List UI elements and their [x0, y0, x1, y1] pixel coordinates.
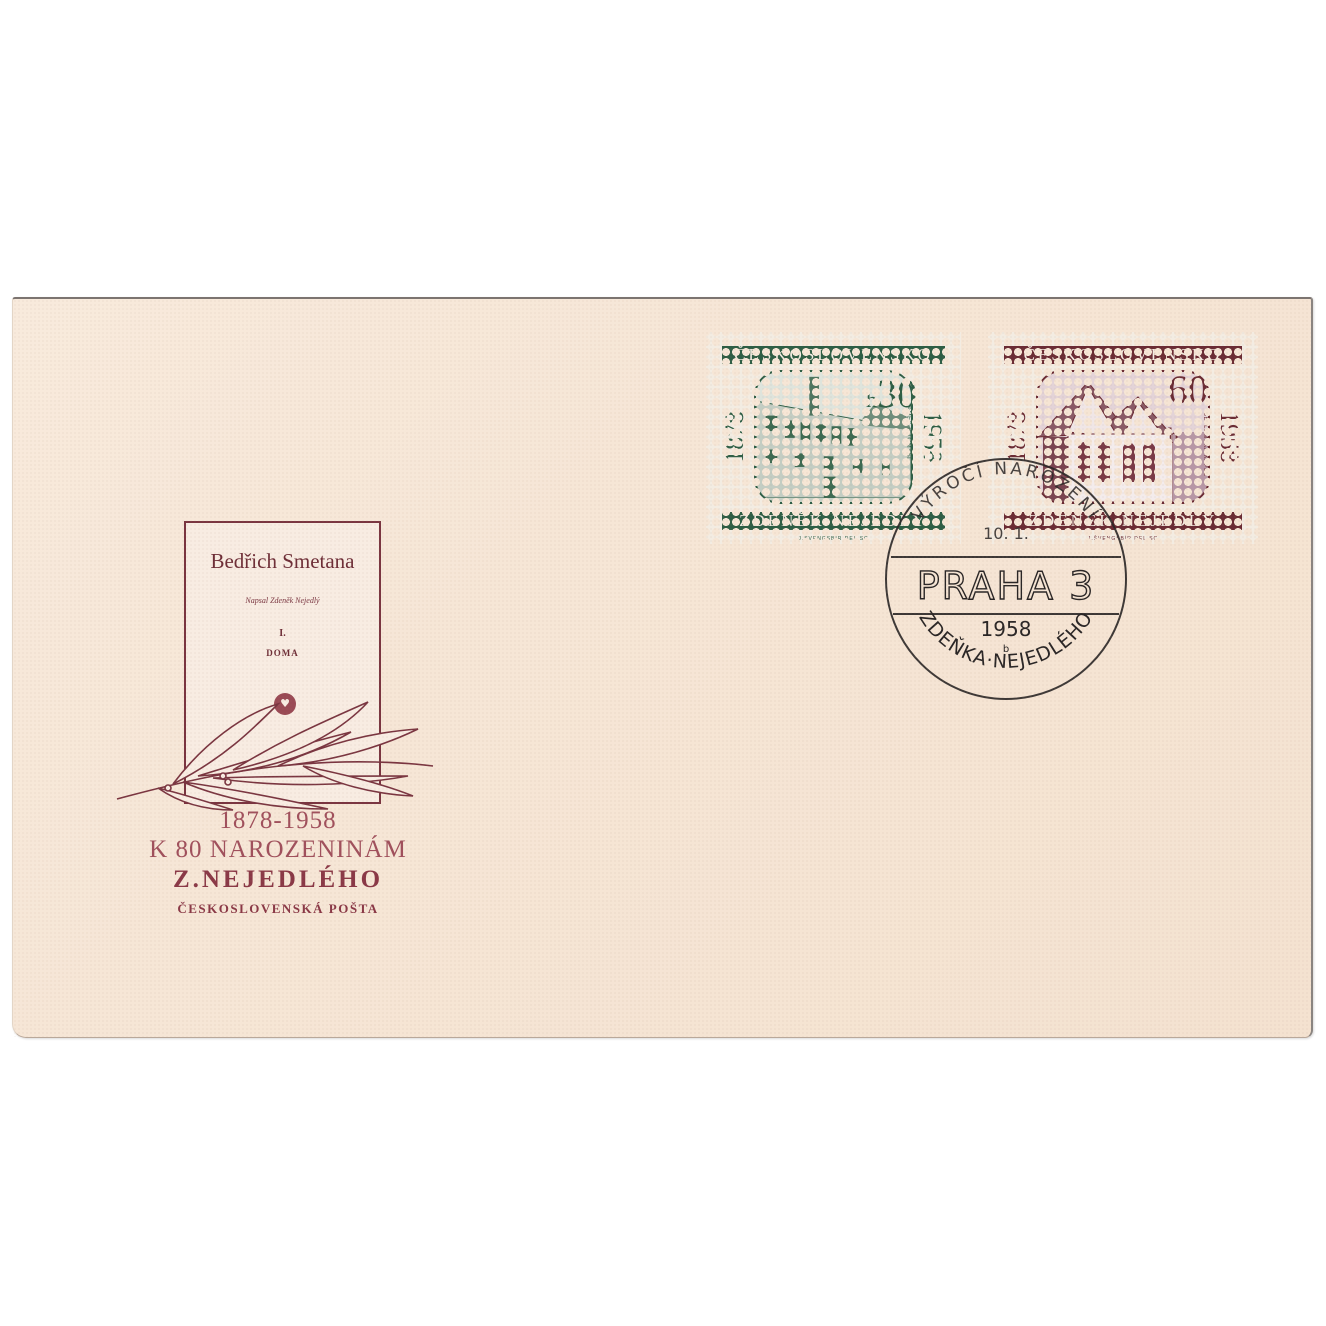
book-subtitle: Napsal Zdeněk Nejedlý: [186, 596, 379, 605]
stamp-country: ČESKOSLOVENSKO: [722, 346, 945, 364]
stamp-year-right: 1958: [1214, 411, 1244, 463]
postmark-cancel: VÝROČÍ NAROZENÍ 10. 1. PRAHA 3 1958 b ZD…: [871, 439, 1141, 709]
stamp-unit: h: [1168, 423, 1179, 448]
stamp-country: ČESKOSLOVENSKO: [1004, 346, 1242, 364]
svg-text:VÝROČÍ NAROZENÍ: VÝROČÍ NAROZENÍ: [908, 459, 1105, 525]
postmark-city: PRAHA 3: [917, 564, 1096, 608]
book-part: DOMA: [186, 648, 379, 658]
postmark-year: 1958: [981, 617, 1032, 641]
postmark-top-text: VÝROČÍ NAROZENÍ: [908, 459, 1105, 525]
stamp-value: 30: [877, 371, 917, 416]
envelope: Bedřich Smetana Napsal Zdeněk Nejedlý I.…: [12, 297, 1313, 1038]
cachet-years: 1878-1958: [113, 807, 443, 835]
cachet-line-name: Z.NEJEDLÉHO: [113, 866, 443, 894]
stamp-year-left: 1878: [720, 411, 750, 463]
cachet-line-birthday: K 80 NAROZENINÁM: [113, 836, 443, 864]
stamp-value: 60: [1168, 367, 1208, 412]
stamp-caption: BETLÉMSKÁ KAPLE: [1202, 412, 1208, 477]
postmark-date: 10. 1.: [983, 524, 1029, 543]
book-title: Bedřich Smetana: [186, 549, 379, 574]
cachet-line-post: ČESKOSLOVENSKÁ POŠTA: [113, 901, 443, 917]
stamp-unit: h: [866, 387, 877, 412]
olive-branch-icon: [113, 684, 453, 814]
book-volume: I.: [186, 628, 379, 639]
